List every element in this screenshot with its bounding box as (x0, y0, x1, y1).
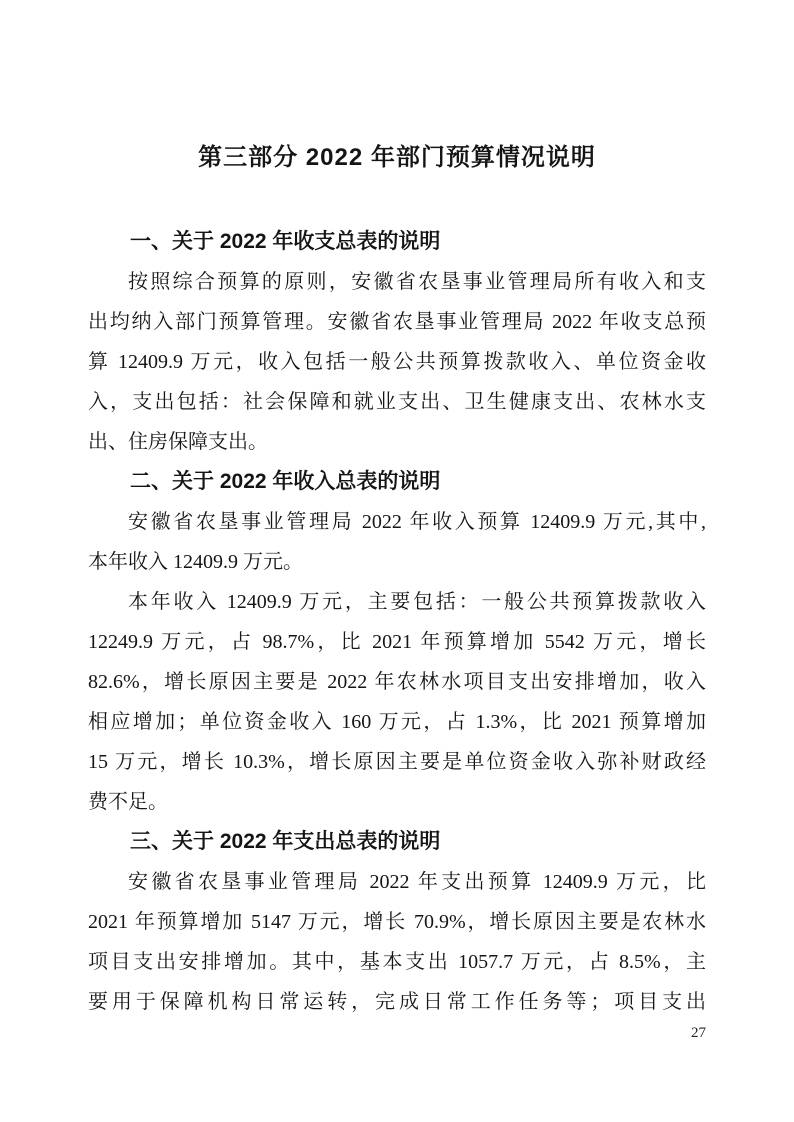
paragraph-line: 12249.9 万元，占 98.7%，比 2021 年预算增加 5542 万元，… (88, 622, 706, 662)
title-gap (88, 178, 706, 222)
document-sections: 一、关于 2022 年收支总表的说明按照综合预算的原则，安徽省农垦事业管理局所有… (88, 222, 706, 1022)
paragraph-line: 安徽省农垦事业管理局 2022 年收入预算 12409.9 万元,其中, (88, 502, 706, 542)
paragraph-line: 算 12409.9 万元，收入包括一般公共预算拨款收入、单位资金收 (88, 342, 706, 382)
paragraph-line: 安徽省农垦事业管理局 2022 年支出预算 12409.9 万元，比 (88, 862, 706, 902)
paragraph-line: 82.6%，增长原因主要是 2022 年农林水项目支出安排增加，收入 (88, 662, 706, 702)
paragraph-line: 15 万元，增长 10.3%，增长原因主要是单位资金收入弥补财政经 (88, 742, 706, 782)
section-heading-1: 一、关于 2022 年收支总表的说明 (88, 222, 706, 262)
section-heading-3: 三、关于 2022 年支出总表的说明 (88, 822, 706, 862)
paragraph-line: 要用于保障机构日常运转，完成日常工作任务等；项目支出 (88, 982, 706, 1022)
paragraph-line: 2021 年预算增加 5147 万元，增长 70.9%，增长原因主要是农林水 (88, 902, 706, 942)
document-page: 第三部分 2022 年部门预算情况说明 一、关于 2022 年收支总表的说明按照… (0, 0, 794, 1122)
paragraph-line: 费不足。 (88, 782, 706, 822)
paragraph-line: 相应增加；单位资金收入 160 万元，占 1.3%，比 2021 预算增加 (88, 702, 706, 742)
paragraph-line: 项目支出安排增加。其中，基本支出 1057.7 万元，占 8.5%，主 (88, 942, 706, 982)
paragraph-line: 出均纳入部门预算管理。安徽省农垦事业管理局 2022 年收支总预 (88, 302, 706, 342)
paragraph-line: 按照综合预算的原则，安徽省农垦事业管理局所有收入和支 (88, 262, 706, 302)
document-title: 第三部分 2022 年部门预算情况说明 (88, 138, 706, 178)
paragraph-line: 入，支出包括：社会保障和就业支出、卫生健康支出、农林水支 (88, 382, 706, 422)
paragraph-line: 出、住房保障支出。 (88, 422, 706, 462)
document-content: 第三部分 2022 年部门预算情况说明 一、关于 2022 年收支总表的说明按照… (88, 0, 706, 1022)
paragraph-line: 本年收入 12409.9 万元，主要包括：一般公共预算拨款收入 (88, 582, 706, 622)
paragraph-line: 本年收入 12409.9 万元。 (88, 542, 706, 582)
page-number: 27 (691, 1024, 706, 1042)
section-heading-2: 二、关于 2022 年收入总表的说明 (88, 462, 706, 502)
